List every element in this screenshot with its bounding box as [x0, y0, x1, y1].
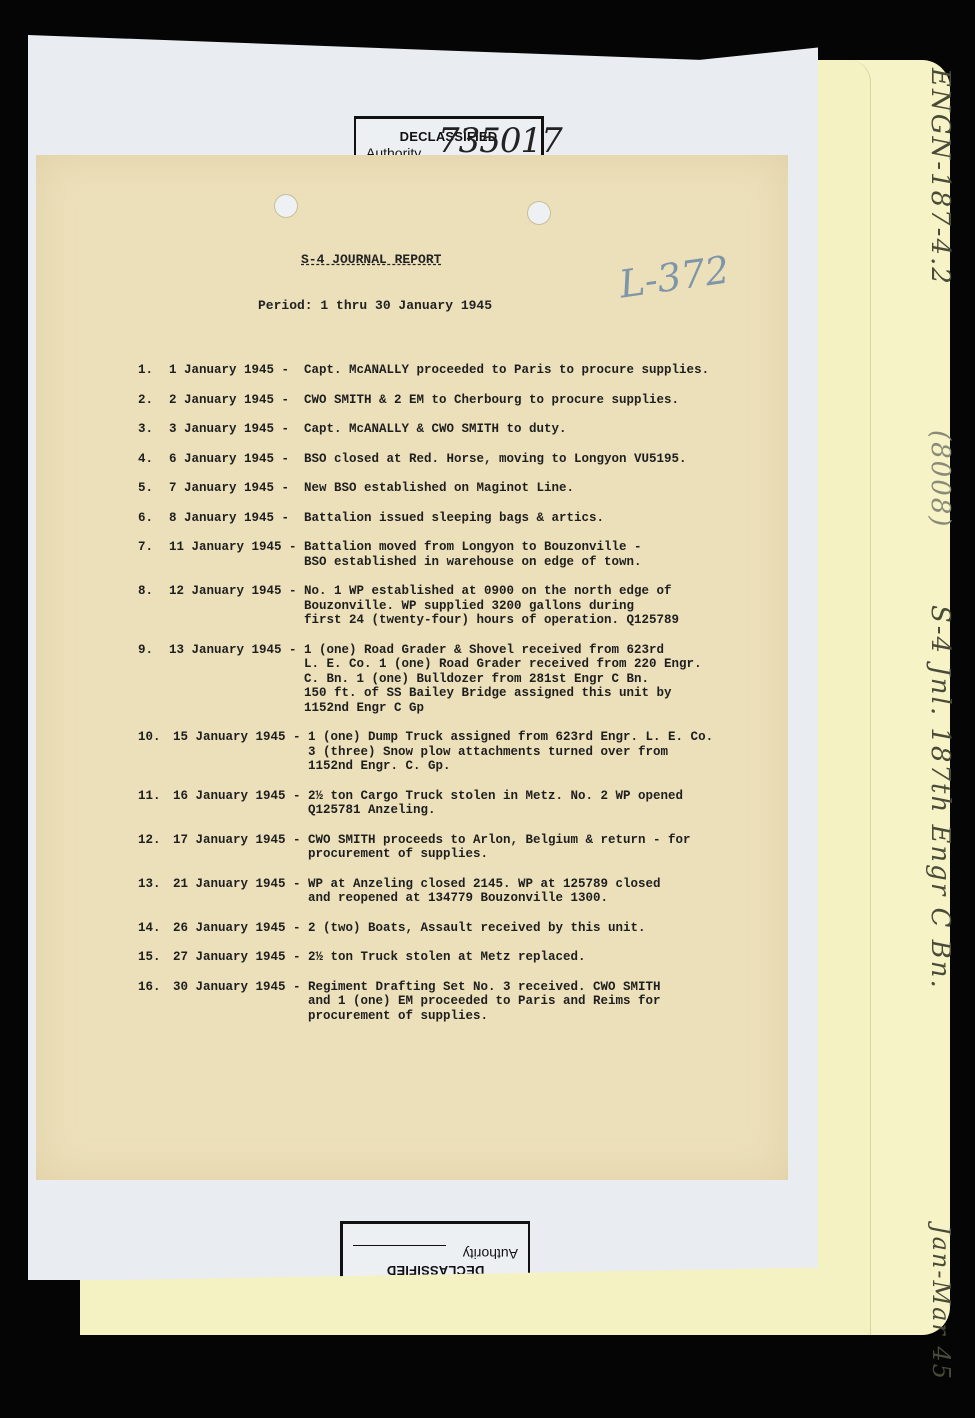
- journal-entry: 10. 15 January 1945 - 1 (one) Dump Truck…: [138, 730, 778, 774]
- entry-date: 27 January 1945 -: [173, 950, 308, 965]
- entry-date: 1 January 1945 -: [169, 363, 304, 378]
- entry-number: 11.: [138, 789, 173, 818]
- journal-entry: 7. 11 January 1945 - Battalion moved fro…: [138, 540, 778, 569]
- journal-entry: 13. 21 January 1945 - WP at Anzeling clo…: [138, 877, 778, 906]
- folder-tab-annotation: ENGN-187-4.2: [905, 68, 955, 286]
- journal-entry: 2. 2 January 1945 - CWO SMITH & 2 EM to …: [138, 393, 778, 408]
- entry-text: 2 (two) Boats, Assault received by this …: [308, 921, 778, 936]
- entry-number: 3.: [138, 422, 169, 437]
- entry-number: 10.: [138, 730, 173, 774]
- journal-entry: 16. 30 January 1945 - Regiment Drafting …: [138, 980, 778, 1024]
- journal-entry: 4. 6 January 1945 - BSO closed at Red. H…: [138, 452, 778, 467]
- entry-number: 2.: [138, 393, 169, 408]
- stamp-signature-line: [353, 1245, 446, 1246]
- journal-entry: 5. 7 January 1945 - New BSO established …: [138, 481, 778, 496]
- folder-tab-annotation: S-4 Jnl. 187th Engr C Bn.: [905, 605, 955, 990]
- entry-number: 7.: [138, 540, 169, 569]
- entry-date: 6 January 1945 -: [169, 452, 304, 467]
- entry-text: 2½ ton Cargo Truck stolen in Metz. No. 2…: [308, 789, 778, 818]
- journal-entry: 8. 12 January 1945 - No. 1 WP establishe…: [138, 584, 778, 628]
- entry-number: 13.: [138, 877, 173, 906]
- entry-text: WP at Anzeling closed 2145. WP at 125789…: [308, 877, 778, 906]
- entry-text: New BSO established on Maginot Line.: [304, 481, 778, 496]
- typewritten-journal-page: S-4 JOURNAL REPORT Period: 1 thru 30 Jan…: [36, 155, 788, 1180]
- entry-date: 8 January 1945 -: [169, 511, 304, 526]
- entry-date: 3 January 1945 -: [169, 422, 304, 437]
- entry-number: 15.: [138, 950, 173, 965]
- journal-entry: 15. 27 January 1945 - 2½ ton Truck stole…: [138, 950, 778, 965]
- entry-text: CWO SMITH & 2 EM to Cherbourg to procure…: [304, 393, 778, 408]
- entry-number: 1.: [138, 363, 169, 378]
- entry-date: 21 January 1945 -: [173, 877, 308, 906]
- entry-text: No. 1 WP established at 0900 on the nort…: [304, 584, 778, 628]
- entry-text: 1 (one) Road Grader & Shovel received fr…: [304, 643, 778, 716]
- folder-tab-annotation: (8008): [905, 430, 955, 528]
- journal-entry: 11. 16 January 1945 - 2½ ton Cargo Truck…: [138, 789, 778, 818]
- entry-text: CWO SMITH proceeds to Arlon, Belgium & r…: [308, 833, 778, 862]
- entry-date: 11 January 1945 -: [169, 540, 304, 569]
- entry-number: 16.: [138, 980, 173, 1024]
- folder-tab-annotation: Jan-Mar 45: [905, 1225, 955, 1381]
- journal-entry: 12. 17 January 1945 - CWO SMITH proceeds…: [138, 833, 778, 862]
- entry-date: 15 January 1945 -: [173, 730, 308, 774]
- entry-text: Capt. McANALLY & CWO SMITH to duty.: [304, 422, 778, 437]
- entry-date: 26 January 1945 -: [173, 921, 308, 936]
- journal-entry: 9. 13 January 1945 - 1 (one) Road Grader…: [138, 643, 778, 716]
- entry-number: 12.: [138, 833, 173, 862]
- entry-text: Regiment Drafting Set No. 3 received. CW…: [308, 980, 778, 1024]
- entry-text: BSO closed at Red. Horse, moving to Long…: [304, 452, 778, 467]
- entry-date: 2 January 1945 -: [169, 393, 304, 408]
- entry-number: 8.: [138, 584, 169, 628]
- journal-entry: 6. 8 January 1945 - Battalion issued sle…: [138, 511, 778, 526]
- entry-date: 12 January 1945 -: [169, 584, 304, 628]
- handwritten-reference: L-372: [616, 248, 732, 307]
- entry-text: Battalion issued sleeping bags & artics.: [304, 511, 778, 526]
- stamp-authority-label: Authority: [463, 1246, 518, 1262]
- journal-entry: 1. 1 January 1945 - Capt. McANALLY proce…: [138, 363, 778, 378]
- document-period: Period: 1 thru 30 January 1945: [258, 298, 492, 313]
- entry-text: 1 (one) Dump Truck assigned from 623rd E…: [308, 730, 778, 774]
- entry-number: 4.: [138, 452, 169, 467]
- entry-date: 7 January 1945 -: [169, 481, 304, 496]
- entry-number: 9.: [138, 643, 169, 716]
- entry-date: 17 January 1945 -: [173, 833, 308, 862]
- document-title: S-4 JOURNAL REPORT: [301, 252, 441, 267]
- punch-hole: [528, 202, 550, 224]
- entry-number: 6.: [138, 511, 169, 526]
- entry-number: 14.: [138, 921, 173, 936]
- entry-date: 16 January 1945 -: [173, 789, 308, 818]
- entry-number: 5.: [138, 481, 169, 496]
- punch-hole: [275, 195, 297, 217]
- journal-entry: 14. 26 January 1945 - 2 (two) Boats, Ass…: [138, 921, 778, 936]
- entry-date: 13 January 1945 -: [169, 643, 304, 716]
- entry-date: 30 January 1945 -: [173, 980, 308, 1024]
- entry-text: Capt. McANALLY proceeded to Paris to pro…: [304, 363, 778, 378]
- journal-entry: 3. 3 January 1945 - Capt. McANALLY & CWO…: [138, 422, 778, 437]
- entry-text: Battalion moved from Longyon to Bouzonvi…: [304, 540, 778, 569]
- journal-entries: 1. 1 January 1945 - Capt. McANALLY proce…: [138, 363, 778, 1038]
- entry-text: 2½ ton Truck stolen at Metz replaced.: [308, 950, 778, 965]
